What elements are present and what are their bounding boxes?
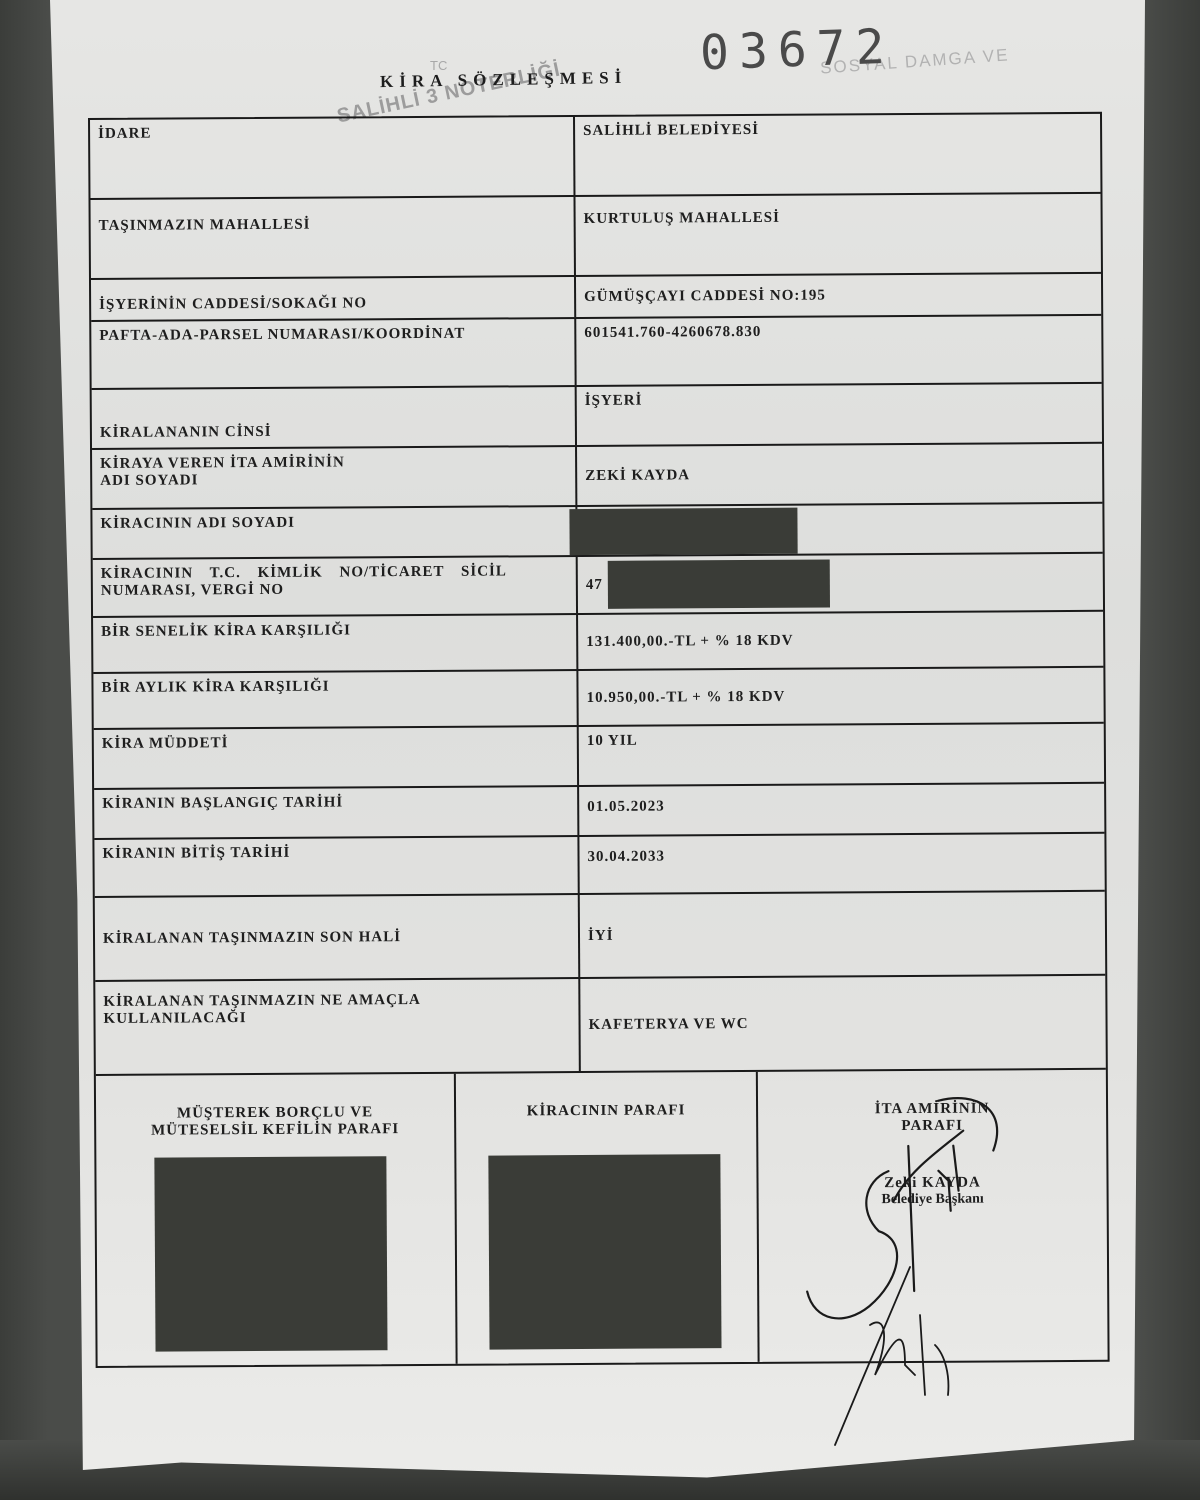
authority-initials-box: İTA AMİRİNİN PARAFI Zeki KAYDA Belediye …: [758, 1070, 1108, 1362]
table-row: KİRA MÜDDETİ 10 YIL: [94, 722, 1104, 788]
table-row: BİR SENELİK KİRA KARŞILIĞI 131.400,00.-T…: [93, 610, 1103, 672]
row-value: 30.04.2033: [579, 834, 1104, 893]
row-label: PAFTA-ADA-PARSEL NUMARASI/KOORDİNAT: [91, 319, 576, 388]
authority-title: Belediye Başkanı: [759, 1191, 1107, 1209]
tenant-label: KİRACININ PARAFI: [456, 1102, 756, 1121]
tenant-initials-box: KİRACININ PARAFI: [456, 1072, 760, 1364]
row-value: 131.400,00.-TL + % 18 KDV: [578, 612, 1103, 669]
table-row: PAFTA-ADA-PARSEL NUMARASI/KOORDİNAT 6015…: [91, 314, 1101, 388]
table-row: BİR AYLIK KİRA KARŞILIĞI 10.950,00.-TL +…: [93, 666, 1103, 728]
table-row: İŞYERİNİN CADDESİ/SOKAĞI NO GÜMÜŞÇAYI CA…: [91, 272, 1101, 320]
redaction-block: [608, 559, 830, 608]
authority-label-line: PARAFI: [758, 1117, 1106, 1136]
row-value: İYİ: [580, 892, 1105, 977]
serial-number: 03672: [699, 19, 895, 82]
row-label: KİRACININ T.C. KİMLİK NO/TİCARET SİCİL N…: [93, 557, 578, 616]
row-label: KİRAYA VEREN İTA AMİRİNİN ADI SOYADI: [92, 447, 577, 508]
row-label: KİRALANAN TAŞINMAZIN SON HALİ: [95, 895, 580, 980]
contract-table: İDARE SALİHLİ BELEDİYESİ TAŞINMAZIN MAHA…: [88, 112, 1110, 1368]
row-label: KİRA MÜDDETİ: [94, 727, 579, 788]
row-label: İDARE: [90, 117, 575, 198]
tax-id-prefix: 47: [586, 576, 603, 593]
row-label: İŞYERİNİN CADDESİ/SOKAĞI NO: [91, 277, 576, 320]
row-value: 01.05.2023: [579, 784, 1104, 835]
row-value: İŞYERİ: [577, 384, 1102, 445]
table-row: KİRACININ ADI SOYADI: [92, 502, 1102, 558]
table-row: İDARE SALİHLİ BELEDİYESİ: [90, 114, 1100, 198]
row-label: BİR AYLIK KİRA KARŞILIĞI: [93, 671, 578, 728]
guarantor-label-line: MÜŞTEREK BORÇLU VE: [96, 1104, 454, 1123]
table-row: KİRALANAN TAŞINMAZIN SON HALİ İYİ: [95, 890, 1105, 980]
row-label-line: KULLANILACAĞI: [103, 1008, 570, 1028]
row-label-line: NUMARASI, VERGİ NO: [101, 580, 568, 600]
row-value: 10.950,00.-TL + % 18 KDV: [578, 668, 1103, 725]
row-label: TAŞINMAZIN MAHALLESİ: [91, 197, 576, 278]
redaction-block: [488, 1154, 721, 1349]
authority-label-line: İTA AMİRİNİN: [758, 1100, 1106, 1119]
row-label-line: ADI SOYADI: [100, 470, 567, 490]
table-row: KİRANIN BİTİŞ TARİHİ 30.04.2033: [94, 832, 1104, 896]
table-row: KİRAYA VEREN İTA AMİRİNİN ADI SOYADI ZEK…: [92, 442, 1102, 508]
row-value: 601541.760-4260678.830: [576, 316, 1101, 385]
table-row: KİRANIN BAŞLANGIÇ TARİHİ 01.05.2023: [94, 782, 1104, 838]
row-value: KAFETERYA VE WC: [580, 976, 1106, 1071]
table-row: KİRACININ T.C. KİMLİK NO/TİCARET SİCİL N…: [93, 552, 1103, 616]
row-label: KİRALANANIN CİNSİ: [92, 387, 577, 448]
redaction-block: [154, 1156, 387, 1351]
row-value: ZEKİ KAYDA: [577, 444, 1102, 505]
row-value: SALİHLİ BELEDİYESİ: [575, 114, 1100, 195]
table-row: KİRALANANIN CİNSİ İŞYERİ: [92, 382, 1102, 448]
redaction-block: [569, 508, 797, 555]
row-value: [577, 504, 1102, 555]
row-label: KİRALANAN TAŞINMAZIN NE AMAÇLA KULLANILA…: [95, 979, 581, 1074]
row-label: KİRANIN BİTİŞ TARİHİ: [94, 837, 579, 896]
row-label: KİRACININ ADI SOYADI: [92, 507, 577, 558]
guarantor-label-line: MÜTESELSİL KEFİLİN PARAFI: [96, 1121, 454, 1140]
authority-name: Zeki KAYDA: [758, 1174, 1106, 1193]
table-row: KİRALANAN TAŞINMAZIN NE AMAÇLA KULLANILA…: [95, 974, 1106, 1074]
row-label: KİRANIN BAŞLANGIÇ TARİHİ: [94, 787, 579, 838]
row-value: 47: [578, 554, 1103, 613]
row-value: 10 YIL: [579, 724, 1104, 785]
guarantor-initials-box: MÜŞTEREK BORÇLU VE MÜTESELSİL KEFİLİN PA…: [96, 1074, 458, 1366]
row-label: BİR SENELİK KİRA KARŞILIĞI: [93, 615, 578, 672]
row-value: KURTULUŞ MAHALLESİ: [575, 194, 1100, 275]
row-value: GÜMÜŞÇAYI CADDESİ NO:195: [576, 274, 1101, 317]
signature-section: MÜŞTEREK BORÇLU VE MÜTESELSİL KEFİLİN PA…: [96, 1068, 1108, 1366]
table-row: TAŞINMAZIN MAHALLESİ KURTULUŞ MAHALLESİ: [90, 192, 1100, 278]
row-label-line: KİRACININ T.C. KİMLİK NO/TİCARET SİCİL: [101, 563, 568, 583]
